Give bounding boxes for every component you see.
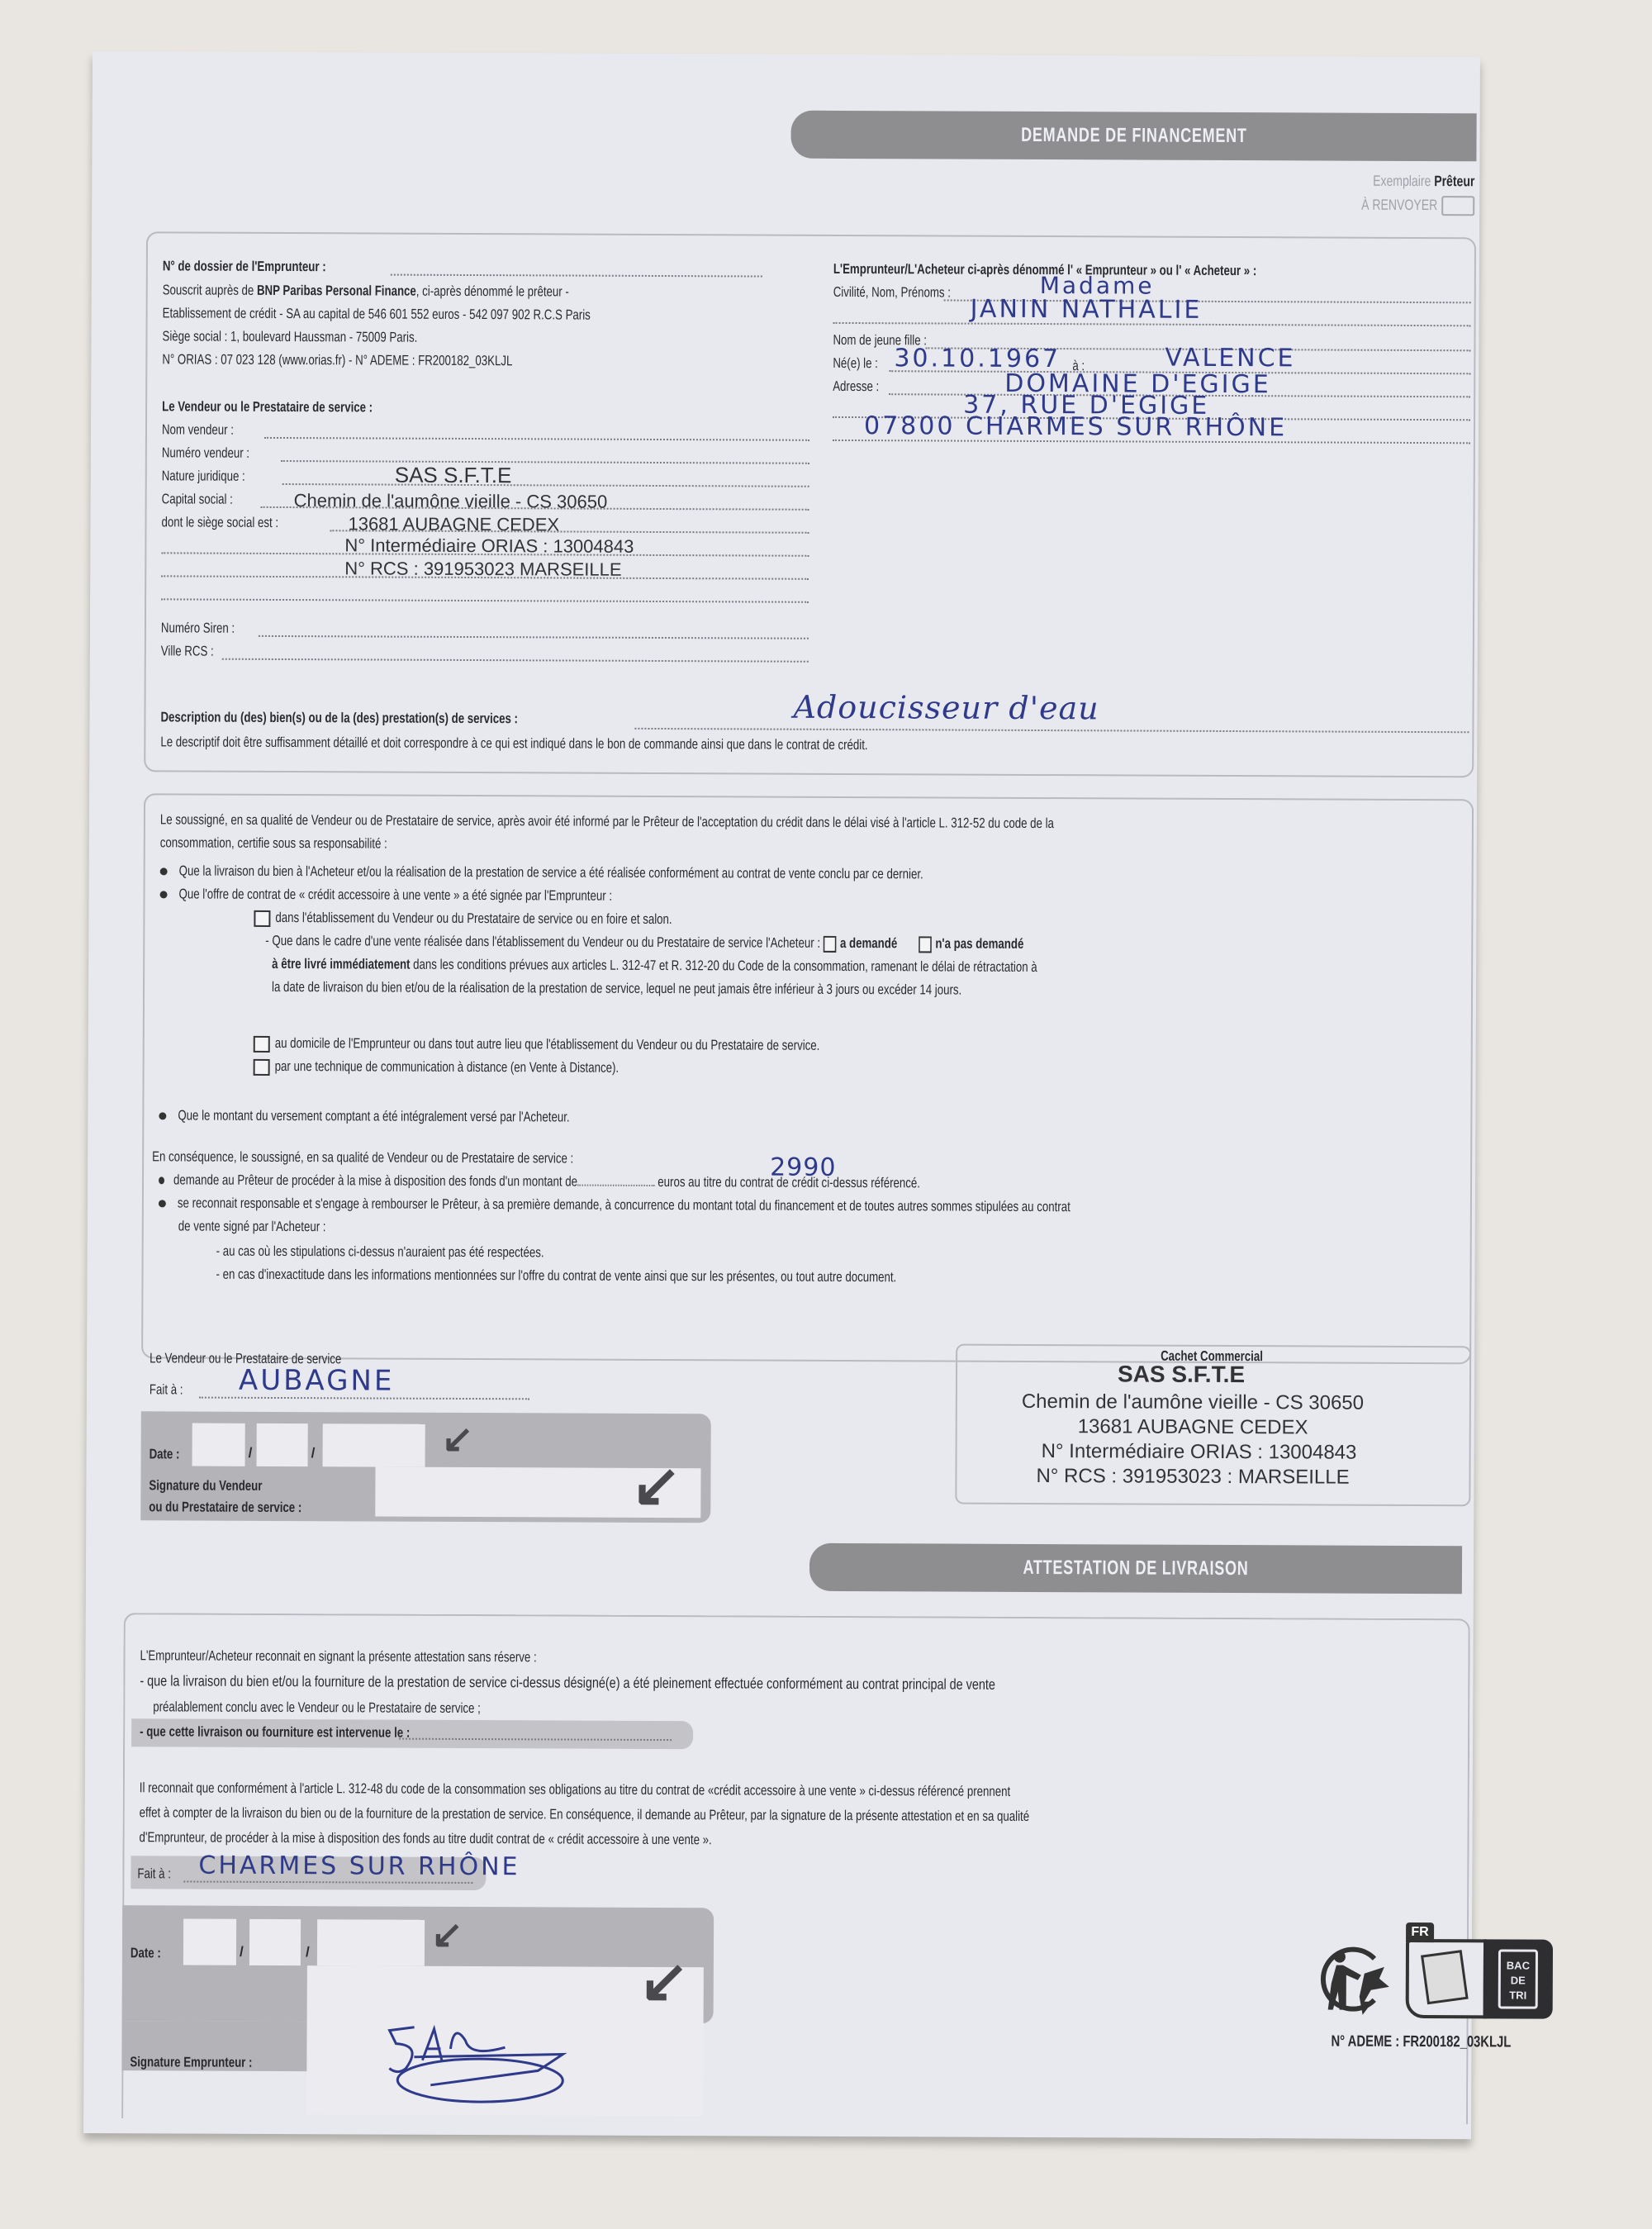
borrower-signature (381, 2011, 580, 2111)
orias-value: N° Intermédiaire ORIAS : 13004843 (344, 535, 634, 558)
vendor-title: Le Vendeur ou le Prestataire de service … (162, 398, 432, 416)
vendor-date-month[interactable] (257, 1423, 308, 1466)
establishment-checkbox[interactable] (254, 910, 270, 926)
borrower-date-label: Date : (131, 1945, 169, 1961)
arrow-down-left-icon: ↙ (442, 1416, 474, 1461)
consequence-text: En conséquence, le soussigné, en sa qual… (152, 1148, 692, 1167)
arrow-down-left-icon: ↙ (631, 1450, 681, 1519)
document-page: DEMANDE DE FINANCEMENT Exemplaire Prêteu… (83, 51, 1480, 2139)
address-label: Adresse : (833, 378, 892, 395)
stamp-line: N° RCS : 391953023 : MARSEILLE (1036, 1465, 1349, 1490)
return-label: À RENVOYER (1340, 196, 1474, 216)
vendor-field-label: Ville RCS : (161, 643, 229, 659)
vendor-field-label: Numéro Siren : (161, 620, 255, 636)
date-separator: / (249, 1445, 253, 1461)
lender-line: Siège social : 1, boulevard Haussman - 7… (162, 328, 489, 346)
recycling-logo: FR BAC DE TRI (1313, 1918, 1562, 2018)
stamp-line: Chemin de l'aumône vieille - CS 30650 (1022, 1390, 1364, 1415)
vendor-place-label: Fait à : (150, 1381, 192, 1398)
date-separator: / (311, 1445, 316, 1461)
capital-value: Chemin de l'aumône vieille - CS 30650 (294, 490, 608, 513)
description-label: Description du (des) bien(s) ou de la (d… (160, 709, 619, 727)
date-separator: / (240, 1944, 244, 1960)
delivery-paragraph: d'Emprunteur, de procéder à la mise à di… (140, 1829, 874, 1849)
asked-checkbox[interactable] (824, 935, 837, 952)
lender-line: Etablissement de crédit - SA au capital … (163, 305, 711, 324)
name-value[interactable]: JANIN NATHALIE (971, 295, 1203, 325)
borrower-place-label: Fait à : (137, 1865, 180, 1882)
vendor-date-label: Date : (150, 1446, 188, 1462)
borrower-date-year[interactable] (317, 1919, 425, 1966)
distance-checkbox[interactable] (254, 1058, 270, 1075)
lender-line: N° ORIAS : 07 023 128 (www.orias.fr) - N… (162, 351, 611, 369)
ademe-number: N° ADEME : FR200182_03KLJL (1331, 2033, 1561, 2052)
vendor-field-label: dont le siège social est : (161, 514, 311, 531)
vendor-field-label: Capital social : (162, 491, 254, 507)
vendor-date-year[interactable] (323, 1423, 425, 1467)
civility-label: Civilité, Nom, Prénoms : (833, 284, 984, 302)
arrow-down-left-icon: ↙ (431, 1912, 463, 1956)
vendor-signature-label: Signature du Vendeur (149, 1477, 294, 1495)
cert-intro: consommation, certifie sous sa responsab… (160, 834, 452, 853)
cert-case: - au cas où les stipulations ci-dessus n… (216, 1243, 637, 1262)
vendor-place-value[interactable]: AUBAGNE (239, 1364, 395, 1398)
cert-bullet: Que le montant du versement comptant a é… (159, 1107, 680, 1126)
option-establishment[interactable]: dans l'établissement du Vendeur ou du Pr… (254, 910, 784, 929)
vendor-signature-label: ou du Prestataire de service : (149, 1499, 344, 1516)
rcs-value: N° RCS : 391953023 MARSEILLE (344, 558, 621, 580)
section-banner-financing: DEMANDE DE FINANCEMENT (790, 111, 1476, 162)
dossier-label: N° de dossier de l'Emprunteur : (163, 258, 373, 275)
stamp-line: 13681 AUBAGNE CEDEX (1078, 1415, 1308, 1439)
date-separator: / (306, 1944, 310, 1960)
arrow-down-left-icon: ↙ (639, 1946, 690, 2015)
amount-value[interactable]: 2990 (770, 1153, 837, 1182)
envelope-icon (1441, 196, 1474, 216)
address-line-3[interactable]: 07800 CHARMES SUR RHÔNE (864, 411, 1287, 442)
country-badge: FR (1406, 1922, 1434, 1942)
borrower-date-day[interactable] (183, 1919, 236, 1965)
copy-label: Exemplaire Prêteur (1344, 173, 1474, 191)
cert-text: de vente signé par l'Acheteur : (178, 1218, 368, 1235)
vendor-field-label: Nature juridique : (162, 468, 269, 485)
section-banner-delivery: ATTESTATION DE LIVRAISON (809, 1543, 1462, 1594)
borrower-signature-label: Signature Emprunteur : (130, 2054, 287, 2071)
paper-icon (1406, 1939, 1487, 2018)
born-label: Né(e) le : (833, 355, 890, 372)
stamp-line: SAS S.F.T.E (1118, 1361, 1245, 1388)
not-asked-checkbox[interactable] (919, 936, 932, 953)
triman-icon (1313, 1937, 1396, 2019)
cert-bullet: Que l'offre de contrat de « crédit acces… (160, 886, 734, 905)
head-office-value: 13681 AUBAGNE CEDEX (348, 513, 559, 535)
home-checkbox[interactable] (254, 1035, 270, 1052)
vendor-field-label: Numéro vendeur : (162, 444, 274, 462)
borrower-date-month[interactable] (249, 1919, 301, 1965)
option-distance[interactable]: par une technique de communication à dis… (254, 1058, 716, 1077)
birth-place-value[interactable]: VALENCE (1165, 344, 1295, 373)
borrower-place-value[interactable]: CHARMES SUR RHÔNE (198, 1851, 520, 1882)
stamp-line: N° Intermédiaire ORIAS : 13004843 (1042, 1440, 1357, 1465)
vendor-date-day[interactable] (192, 1423, 245, 1466)
legal-form-value: SAS S.F.T.E (395, 463, 512, 489)
delivery-intro: L'Emprunteur/Acheteur reconnait en signa… (140, 1647, 648, 1666)
description-value[interactable]: Adoucisseur d'eau (793, 689, 1099, 727)
lender-line: Souscrit auprès de BNP Paribas Personal … (163, 282, 684, 301)
option-home[interactable]: au domicile de l'Emprunteur ou dans tout… (254, 1035, 974, 1055)
vendor-field-label: Nom vendeur : (162, 421, 254, 438)
delivery-item: préalablement conclu avec le Vendeur ou … (153, 1699, 572, 1717)
recycling-bin-icon: BAC DE TRI (1483, 1939, 1553, 2018)
